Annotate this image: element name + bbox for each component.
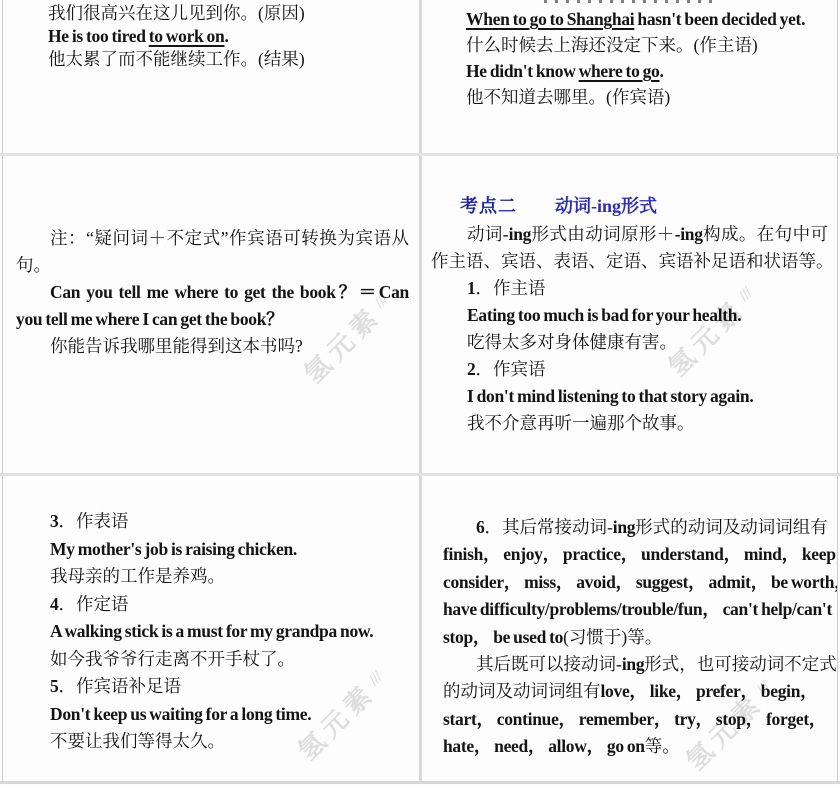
right-edge-line bbox=[837, 0, 838, 783]
text-segment: 我们很高兴在这儿见到你。(原因) bbox=[48, 3, 305, 23]
slide-bottom-left: 3．作表语My mother's job is raising chicken.… bbox=[3, 476, 419, 781]
text-segment: 其后既可以接动词- bbox=[476, 654, 622, 674]
text-line: 动词-ing形式由动词原形＋-ing构成。在句中可 bbox=[431, 221, 828, 248]
slide-middle-right-text: 动词-ing形式由动词原形＋-ing构成。在句中可作主语、宾语、表语、定语、宾语… bbox=[431, 221, 828, 437]
text-line: I don't mind listening to that story aga… bbox=[431, 383, 828, 410]
text-segment: When to go to Shanghai bbox=[466, 9, 634, 29]
text-line: 什么时候去上海还没定下来。(作主语) bbox=[466, 32, 827, 58]
text-segment: . bbox=[224, 26, 228, 46]
bottom-divider bbox=[0, 781, 840, 784]
text-segment: have difficulty/problems/trouble/fun， ca… bbox=[443, 599, 832, 619]
text-segment: 他太累了而不能继续工作。(结果) bbox=[48, 49, 305, 69]
text-line: 其后既可以接动词-ing形式，也可接动词不定式 bbox=[443, 651, 825, 678]
text-segment: Eating too much is bad for your health. bbox=[467, 305, 741, 325]
text-segment: ．作表语 bbox=[58, 511, 128, 531]
text-segment: 构成。在句中可 bbox=[703, 224, 828, 244]
text-segment: A walking stick is a must for my grandpa… bbox=[50, 621, 373, 641]
text-segment: My mother's job is raising chicken. bbox=[50, 539, 297, 559]
text-segment: consider， miss， avoid， suggest， admit， b… bbox=[443, 572, 837, 592]
slide-top-left: 我们很高兴在这儿见到你。(原因)He is too tired to work … bbox=[3, 0, 419, 153]
text-segment: . bbox=[660, 61, 664, 81]
text-line: 他太累了而不能继续工作。(结果) bbox=[48, 48, 409, 71]
text-line: Can you tell me where to get the book？＝C… bbox=[16, 279, 409, 306]
slide-preview-grid: 我们很高兴在这儿见到你。(原因)He is too tired to work … bbox=[0, 0, 840, 788]
slide-top-right-text: When to go to Shanghai hasn't been decid… bbox=[466, 6, 827, 110]
left-edge-line bbox=[2, 0, 3, 783]
text-segment: Can you tell me where to get the book？＝C… bbox=[50, 282, 409, 302]
text-segment: 他不知道去哪里。(作宾语) bbox=[466, 87, 670, 107]
text-segment: 吃得太多对身体健康有害。 bbox=[467, 332, 677, 352]
text-line: 吃得太多对身体健康有害。 bbox=[431, 329, 828, 356]
text-line: Eating too much is bad for your health. bbox=[431, 302, 828, 329]
text-segment: ing bbox=[613, 517, 635, 537]
text-segment: where to go bbox=[579, 61, 660, 81]
text-segment: finish， enjoy， practice， understand， min… bbox=[443, 544, 837, 564]
text-segment: 我母亲的工作是养鸡。 bbox=[50, 566, 225, 586]
text-line: 如今我爷爷行走离不开手杖了。 bbox=[50, 646, 411, 674]
text-segment: start， continue， remember， try， stop， fo… bbox=[443, 709, 826, 729]
text-segment: ．作宾语补足语 bbox=[58, 676, 181, 696]
text-line: you tell me where I can get the book？ bbox=[16, 306, 409, 333]
cropped-line-remnant bbox=[544, 0, 714, 3]
text-line: stop， be used to(习惯于)等。 bbox=[443, 624, 825, 651]
text-line: 他不知道去哪里。(作宾语) bbox=[466, 84, 827, 110]
section-title: 动词-ing形式 bbox=[555, 196, 657, 216]
text-segment: ing bbox=[622, 654, 644, 674]
text-segment: love， like， prefer， begin， bbox=[601, 681, 818, 701]
section-label: 考点二 bbox=[460, 196, 517, 216]
slide-middle-right: 考点二动词-ing形式 动词-ing形式由动词原形＋-ing构成。在句中可作主语… bbox=[422, 157, 837, 473]
text-line: 3．作表语 bbox=[50, 508, 411, 536]
text-segment: 我不介意再听一遍那个故事。 bbox=[467, 413, 695, 433]
text-segment: 如今我爷爷行走离不开手杖了。 bbox=[50, 649, 295, 669]
text-segment: 你能告诉我哪里能得到这本书吗? bbox=[50, 336, 303, 356]
text-segment: 作主语、宾语、表语、定语、宾语补足语和状语等。 bbox=[431, 251, 834, 271]
text-segment: -ing bbox=[675, 224, 703, 244]
section-heading: 考点二动词-ing形式 bbox=[460, 193, 828, 221]
text-segment: 句。 bbox=[16, 255, 51, 275]
text-line: 的动词及动词词组有love， like， prefer， begin， bbox=[443, 678, 825, 705]
text-line: He is too tired to work on. bbox=[48, 25, 409, 48]
text-segment: ．作主语 bbox=[475, 278, 545, 298]
text-line: 我母亲的工作是养鸡。 bbox=[50, 563, 411, 591]
text-segment: 不要让我们等得太久。 bbox=[50, 731, 225, 751]
slide-top-right: When to go to Shanghai hasn't been decid… bbox=[422, 0, 837, 153]
text-line: 作主语、宾语、表语、定语、宾语补足语和状语等。 bbox=[431, 248, 828, 275]
text-line: start， continue， remember， try， stop， fo… bbox=[443, 706, 825, 733]
text-segment: ．作定语 bbox=[58, 594, 128, 614]
text-line: He didn't know where to go. bbox=[466, 58, 827, 84]
text-line: 我们很高兴在这儿见到你。(原因) bbox=[48, 2, 409, 25]
text-segment: hate， need， allow， go on bbox=[443, 736, 645, 756]
text-segment: 什么时候去上海还没定下来。(作主语) bbox=[466, 35, 758, 55]
text-segment: stop， be used to bbox=[443, 627, 563, 647]
text-segment: 的动词及动词词组有 bbox=[443, 681, 601, 701]
text-line: 注：“疑问词＋不定式”作宾语可转换为宾语从 bbox=[16, 225, 409, 252]
text-segment: you tell me where I can get the book？ bbox=[16, 309, 283, 329]
text-line: 我不介意再听一遍那个故事。 bbox=[431, 410, 828, 437]
text-segment: ．其后常接动词- bbox=[484, 517, 612, 537]
text-segment: 形式由动词原形＋ bbox=[531, 224, 675, 244]
text-line: My mother's job is raising chicken. bbox=[50, 536, 411, 564]
row-divider-1 bbox=[0, 153, 840, 156]
text-segment: ．作宾语 bbox=[475, 359, 545, 379]
text-segment: ing bbox=[509, 224, 531, 244]
text-line: consider， miss， avoid， suggest， admit， b… bbox=[443, 569, 825, 596]
text-line: 6．其后常接动词-ing形式的动词及动词词组有 bbox=[443, 514, 825, 541]
row-divider-2 bbox=[0, 473, 840, 476]
text-segment: Don't keep us waiting for a long time. bbox=[50, 704, 311, 724]
text-line: hate， need， allow， go on等。 bbox=[443, 733, 825, 760]
text-segment: hasn't been decided yet. bbox=[634, 9, 805, 29]
text-line: Don't keep us waiting for a long time. bbox=[50, 701, 411, 729]
text-line: 4．作定语 bbox=[50, 591, 411, 619]
text-segment: 形式的动词及动词词组有 bbox=[635, 517, 828, 537]
text-line: A walking stick is a must for my grandpa… bbox=[50, 618, 411, 646]
slide-bottom-right: 6．其后常接动词-ing形式的动词及动词词组有finish， enjoy， pr… bbox=[422, 476, 837, 781]
text-line: 你能告诉我哪里能得到这本书吗? bbox=[16, 333, 409, 360]
center-divider bbox=[419, 0, 422, 783]
text-line: 句。 bbox=[16, 252, 409, 279]
text-line: When to go to Shanghai hasn't been decid… bbox=[466, 6, 827, 32]
text-line: finish， enjoy， practice， understand， min… bbox=[443, 541, 825, 568]
text-line: 5．作宾语补足语 bbox=[50, 673, 411, 701]
text-segment: 等。 bbox=[645, 736, 680, 756]
text-segment: (习惯于)等。 bbox=[563, 627, 662, 647]
text-segment: He didn't know bbox=[466, 61, 579, 81]
text-line: 1．作主语 bbox=[431, 275, 828, 302]
text-segment: 动词- bbox=[467, 224, 509, 244]
text-line: 2．作宾语 bbox=[431, 356, 828, 383]
slide-middle-left: 注：“疑问词＋不定式”作宾语可转换为宾语从句。Can you tell me w… bbox=[3, 157, 419, 473]
text-segment: 形式，也可接动词不定式 bbox=[644, 654, 837, 674]
text-segment: to work on bbox=[149, 26, 225, 46]
text-line: 不要让我们等得太久。 bbox=[50, 728, 411, 756]
text-segment: He is too tired bbox=[48, 26, 149, 46]
text-line: have difficulty/problems/trouble/fun， ca… bbox=[443, 596, 825, 623]
text-segment: I don't mind listening to that story aga… bbox=[467, 386, 753, 406]
text-segment: 注：“疑问词＋不定式”作宾语可转换为宾语从 bbox=[50, 228, 409, 248]
